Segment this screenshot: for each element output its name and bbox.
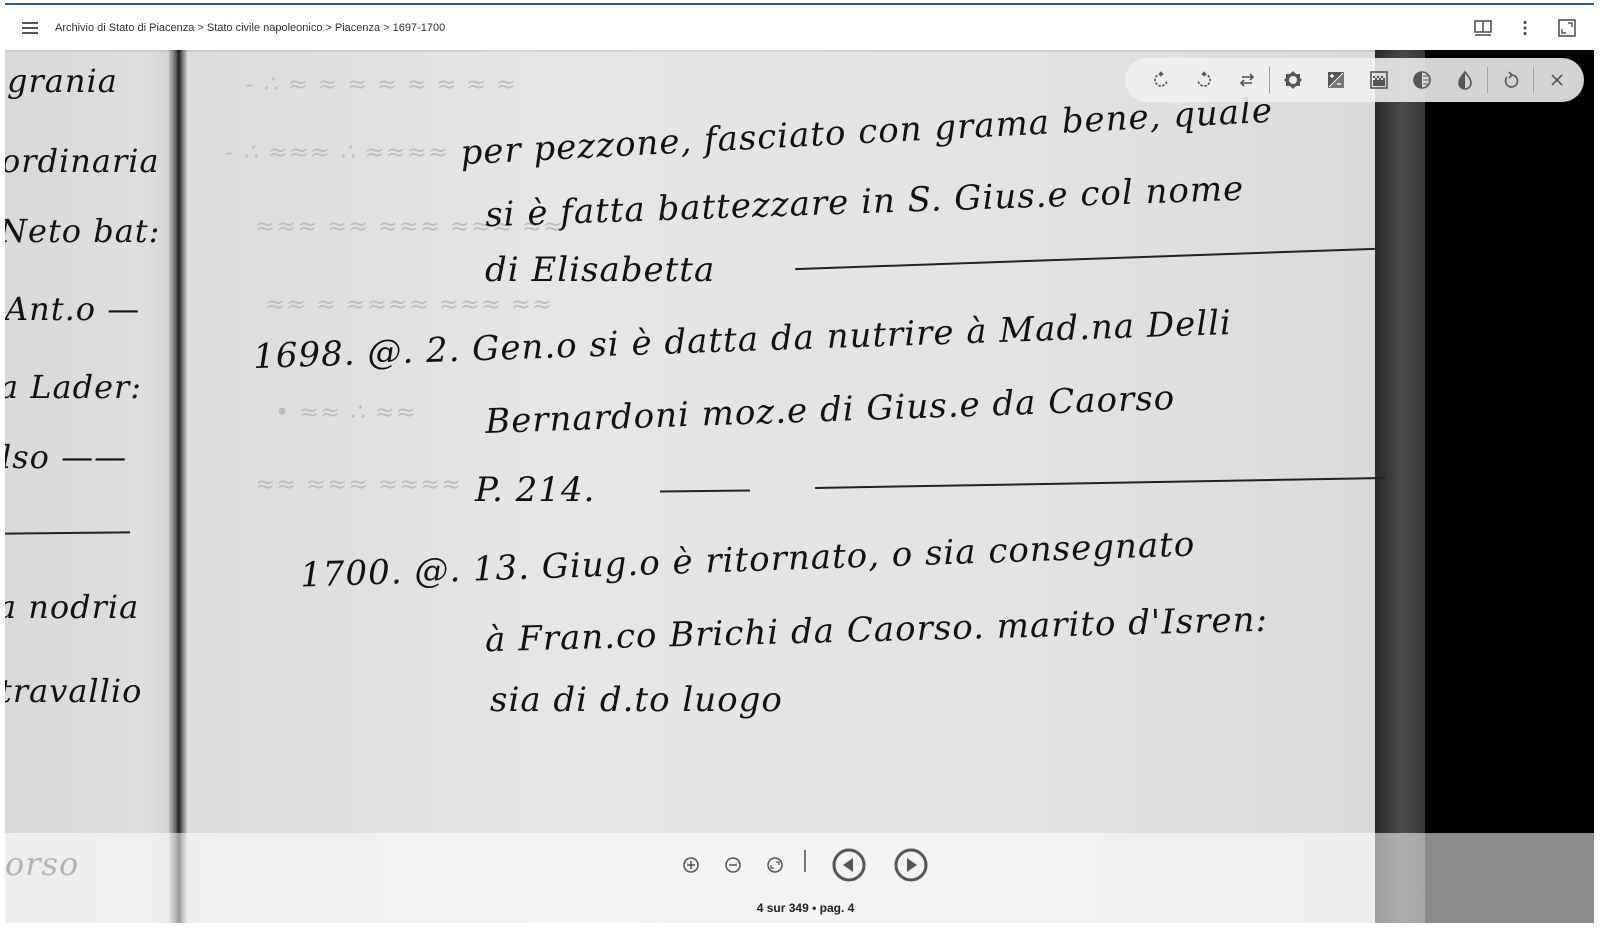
zoom-out-icon xyxy=(724,856,742,874)
flip-button[interactable] xyxy=(1225,60,1268,100)
navigation-bar: 4 sur 349 • pag. 4 xyxy=(5,833,1594,923)
hamburger-icon xyxy=(22,22,38,34)
menu-button[interactable] xyxy=(5,6,55,50)
contrast-icon xyxy=(1412,70,1432,90)
flip-icon xyxy=(1238,71,1256,89)
rotate-left-button[interactable] xyxy=(1182,60,1225,100)
previous-page-icon xyxy=(832,848,866,882)
book-open-icon xyxy=(1473,19,1493,37)
close-tools-button[interactable] xyxy=(1535,60,1578,100)
image-viewer-window: Archivio di Stato di Piacenza > Stato ci… xyxy=(5,3,1594,923)
document-viewer[interactable]: grania ordinaria Neto bat: Ant.o — a Lad… xyxy=(5,50,1594,923)
more-options-button[interactable] xyxy=(1504,8,1546,48)
manuscript-line: sia di d.to luogo xyxy=(490,680,783,720)
zoom-fit-button[interactable] xyxy=(754,845,796,885)
margin-text: grania xyxy=(7,62,118,100)
reset-icon xyxy=(1502,71,1520,89)
margin-text: ordinaria xyxy=(5,142,160,180)
zoom-in-icon xyxy=(682,856,700,874)
zoom-in-button[interactable] xyxy=(670,845,712,885)
toolbar-divider xyxy=(1269,67,1270,93)
invert-icon xyxy=(1457,70,1473,90)
zoom-fit-icon xyxy=(766,856,784,874)
viewer-header: Archivio di Stato di Piacenza > Stato ci… xyxy=(5,5,1594,50)
breadcrumb-separator: > xyxy=(197,22,203,34)
breadcrumb-series[interactable]: Stato civile napoleonico xyxy=(207,22,323,34)
brightness-icon xyxy=(1283,70,1303,90)
left-page xyxy=(5,50,181,923)
image-tools-toolbar xyxy=(1125,58,1584,102)
toolbar-divider xyxy=(1533,67,1534,93)
margin-text: travallio xyxy=(5,672,142,710)
margin-text: Ant.o — xyxy=(5,290,140,328)
zoom-out-button[interactable] xyxy=(712,845,754,885)
gradient-icon xyxy=(1370,71,1388,89)
margin-text: a nodria xyxy=(5,588,139,626)
reset-button[interactable] xyxy=(1489,60,1532,100)
toolbar-divider xyxy=(1487,67,1488,93)
manuscript-line: P. 214. xyxy=(475,470,595,510)
nav-divider xyxy=(804,850,806,872)
breadcrumb-separator: > xyxy=(325,22,331,34)
fullscreen-icon xyxy=(1558,19,1576,37)
rotate-right-button[interactable] xyxy=(1139,60,1182,100)
invert-button[interactable] xyxy=(1443,60,1486,100)
margin-text: Neto bat: xyxy=(5,212,160,250)
next-page-button[interactable] xyxy=(880,845,942,885)
background-dark xyxy=(1425,50,1594,923)
page-indicator: 4 sur 349 • pag. 4 xyxy=(5,901,1594,915)
breadcrumb-archive[interactable]: Archivio di Stato di Piacenza xyxy=(55,22,194,34)
brightness-button[interactable] xyxy=(1271,60,1314,100)
exposure-icon xyxy=(1327,71,1345,89)
breadcrumb-years[interactable]: 1697-1700 xyxy=(393,22,446,34)
manuscript-scan: grania ordinaria Neto bat: Ant.o — a Lad… xyxy=(5,50,1594,923)
exposure-button[interactable] xyxy=(1314,60,1357,100)
rotate-ccw-icon xyxy=(1195,71,1213,89)
more-vertical-icon xyxy=(1522,20,1528,36)
fullscreen-button[interactable] xyxy=(1546,8,1588,48)
page-binding xyxy=(169,50,187,923)
margin-text: a Lader: xyxy=(5,368,142,406)
two-page-view-button[interactable] xyxy=(1462,8,1504,48)
previous-page-button[interactable] xyxy=(818,845,880,885)
close-icon xyxy=(1550,73,1564,87)
margin-text: lso —— xyxy=(5,438,127,476)
contrast-button[interactable] xyxy=(1400,60,1443,100)
breadcrumb-separator: > xyxy=(383,22,389,34)
breadcrumb: Archivio di Stato di Piacenza > Stato ci… xyxy=(55,22,445,34)
grayscale-button[interactable] xyxy=(1357,60,1400,100)
rotate-cw-icon xyxy=(1152,71,1170,89)
breadcrumb-place[interactable]: Piacenza xyxy=(335,22,380,34)
next-page-icon xyxy=(894,848,928,882)
manuscript-line: di Elisabetta xyxy=(485,250,715,290)
